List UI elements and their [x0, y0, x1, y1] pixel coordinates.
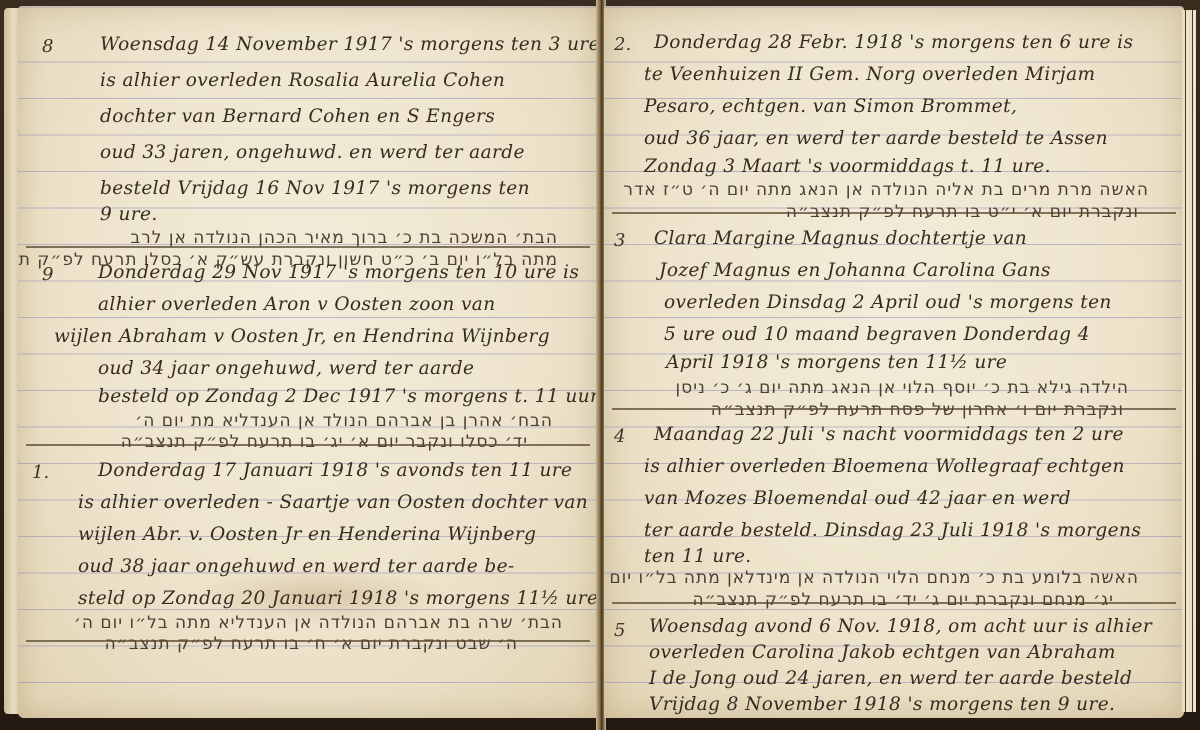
entry-number: 9 [42, 264, 53, 285]
right-page-edges [1182, 10, 1196, 712]
entry-number: 3 [614, 230, 625, 251]
entry-line: besteld op Zondag 2 Dec 1917 's morgens … [98, 386, 598, 407]
hebrew-inscription: הבח׳ אהרן בן אברהם הנולד אן הענדליא מת י… [53, 411, 553, 431]
entry-line: overleden Carolina Jakob echtgen van Abr… [649, 642, 1116, 663]
register-entry: 3 Clara Margine Magnus dochtertje van Jo… [604, 224, 1184, 404]
entry-divider [26, 640, 590, 642]
hebrew-inscription: ונקברת יום ו׳ אחרון של פסח תרעח לפ״ק תנצ… [704, 400, 1124, 420]
entry-line: alhier overleden Aron v Oosten zoon van [98, 294, 496, 315]
entry-number: 1. [32, 462, 49, 483]
entry-line: is alhier overleden - Saartje van Oosten… [78, 492, 588, 513]
entry-line: Donderdag 17 Januari 1918 's avonds ten … [98, 460, 572, 481]
register-entry: 9 Donderdag 29 Nov 1917 's morgens ten 1… [18, 258, 598, 443]
hebrew-inscription: הבת׳ המשכה בת כ׳ ברוך מאיר הכהן הנולדה א… [98, 228, 558, 248]
entry-number: 4 [614, 426, 625, 447]
hebrew-inscription: ה׳ שבט ונקברת יום א׳ ח׳ בו תרעח לפ״ק תנצ… [88, 634, 518, 654]
entry-divider [612, 602, 1176, 604]
entry-line: oud 36 jaar, en werd ter aarde besteld t… [644, 128, 1108, 149]
entry-line: Zondag 3 Maart 's voormiddags t. 11 ure. [644, 156, 1051, 177]
entry-line: 9 ure. [100, 204, 158, 225]
entry-line: I de Jong oud 24 jaren, en werd ter aard… [649, 668, 1132, 689]
hebrew-inscription: האשה מרת מרים בת אליה הנולדה אן הנאג מתה… [629, 180, 1149, 200]
entry-line: is alhier overleden Rosalia Aurelia Cohe… [100, 70, 505, 91]
entry-divider [26, 444, 590, 446]
entry-number: 2. [614, 34, 631, 55]
entry-line: Woensdag avond 6 Nov. 1918, om acht uur … [649, 616, 1152, 637]
entry-divider [612, 212, 1176, 214]
entry-line: ter aarde besteld. Dinsdag 23 Juli 1918 … [644, 520, 1141, 541]
entry-line: van Mozes Bloemendal oud 42 jaar en werd [644, 488, 1071, 509]
entry-line: 5 ure oud 10 maand begraven Donderdag 4 [664, 324, 1090, 345]
entry-line: Clara Margine Magnus dochtertje van [654, 228, 1027, 249]
entry-divider [26, 246, 590, 248]
entry-line: oud 38 jaar ongehuwd en werd ter aarde b… [78, 556, 515, 577]
entry-line: te Veenhuizen II Gem. Norg overleden Mir… [644, 64, 1095, 85]
entry-line: Pesaro, echtgen. van Simon Brommet, [644, 96, 1017, 117]
register-entry: 5 Woensdag avond 6 Nov. 1918, om acht uu… [604, 614, 1184, 714]
register-entry: 4 Maandag 22 Juli 's nacht voormiddags t… [604, 420, 1184, 595]
hebrew-inscription: יד׳ כסלו ונקבר יום א׳ יג׳ בו תרעח לפ״ק ת… [48, 432, 528, 452]
entry-number: 8 [42, 36, 53, 57]
left-page: 8 Woensdag 14 November 1917 's morgens t… [18, 6, 598, 718]
entry-line: Maandag 22 Juli 's nacht voormiddags ten… [654, 424, 1124, 445]
entry-line: wijlen Abraham v Oosten Jr, en Hendrina … [54, 326, 550, 347]
entry-line: steld op Zondag 20 Januari 1918 's morge… [78, 588, 598, 609]
entry-line: ten 11 ure. [644, 546, 752, 567]
entry-line: besteld Vrijdag 16 Nov 1917 's morgens t… [100, 178, 530, 199]
entry-number: 5 [614, 620, 625, 641]
register-entry: 2. Donderdag 28 Febr. 1918 's morgens te… [604, 28, 1184, 213]
entry-line: Donderdag 28 Febr. 1918 's morgens ten 6… [654, 32, 1133, 53]
hebrew-inscription: הילדה גילא בת כ׳ יוסף הלוי אן הנאג מתה י… [649, 378, 1129, 398]
entry-line: is alhier overleden Bloemena Wollegraaf … [644, 456, 1125, 477]
hebrew-inscription: הבת׳ שרה בת אברהם הנולדה אן הענדליא מתה … [63, 613, 563, 633]
register-entry: 8 Woensdag 14 November 1917 's morgens t… [18, 30, 598, 245]
hebrew-inscription: יג׳ מנחם ונקברת יום ג׳ יד׳ בו תרעח לפ״ק … [654, 590, 1114, 610]
entry-line: overleden Dinsdag 2 April oud 's morgens… [664, 292, 1112, 313]
entry-line: Jozef Magnus en Johanna Carolina Gans [659, 260, 1051, 281]
entry-line: Woensdag 14 November 1917 's morgens ten… [100, 34, 598, 55]
register-entry: 1. Donderdag 17 Januari 1918 's avonds t… [18, 456, 598, 646]
entry-line: Donderdag 29 Nov 1917 's morgens ten 10 … [98, 262, 579, 283]
entry-line: oud 33 jaren, ongehuwd. en werd ter aard… [100, 142, 525, 163]
entry-line: oud 34 jaar ongehuwd, werd ter aarde [98, 358, 474, 379]
entry-line: Vrijdag 8 November 1918 's morgens ten 9… [649, 694, 1115, 715]
entry-line: April 1918 's morgens ten 11½ ure [666, 352, 1007, 373]
entry-line: wijlen Abr. v. Oosten Jr en Henderina Wi… [78, 524, 536, 545]
hebrew-inscription: האשה בלומע בת כ׳ מנחם הלוי הנולדה אן מינ… [619, 568, 1139, 588]
right-page: 2. Donderdag 28 Febr. 1918 's morgens te… [604, 6, 1184, 718]
open-register-book: 8 Woensdag 14 November 1917 's morgens t… [0, 0, 1200, 730]
entry-line: dochter van Bernard Cohen en S Engers [100, 106, 495, 127]
entry-divider [612, 408, 1176, 410]
